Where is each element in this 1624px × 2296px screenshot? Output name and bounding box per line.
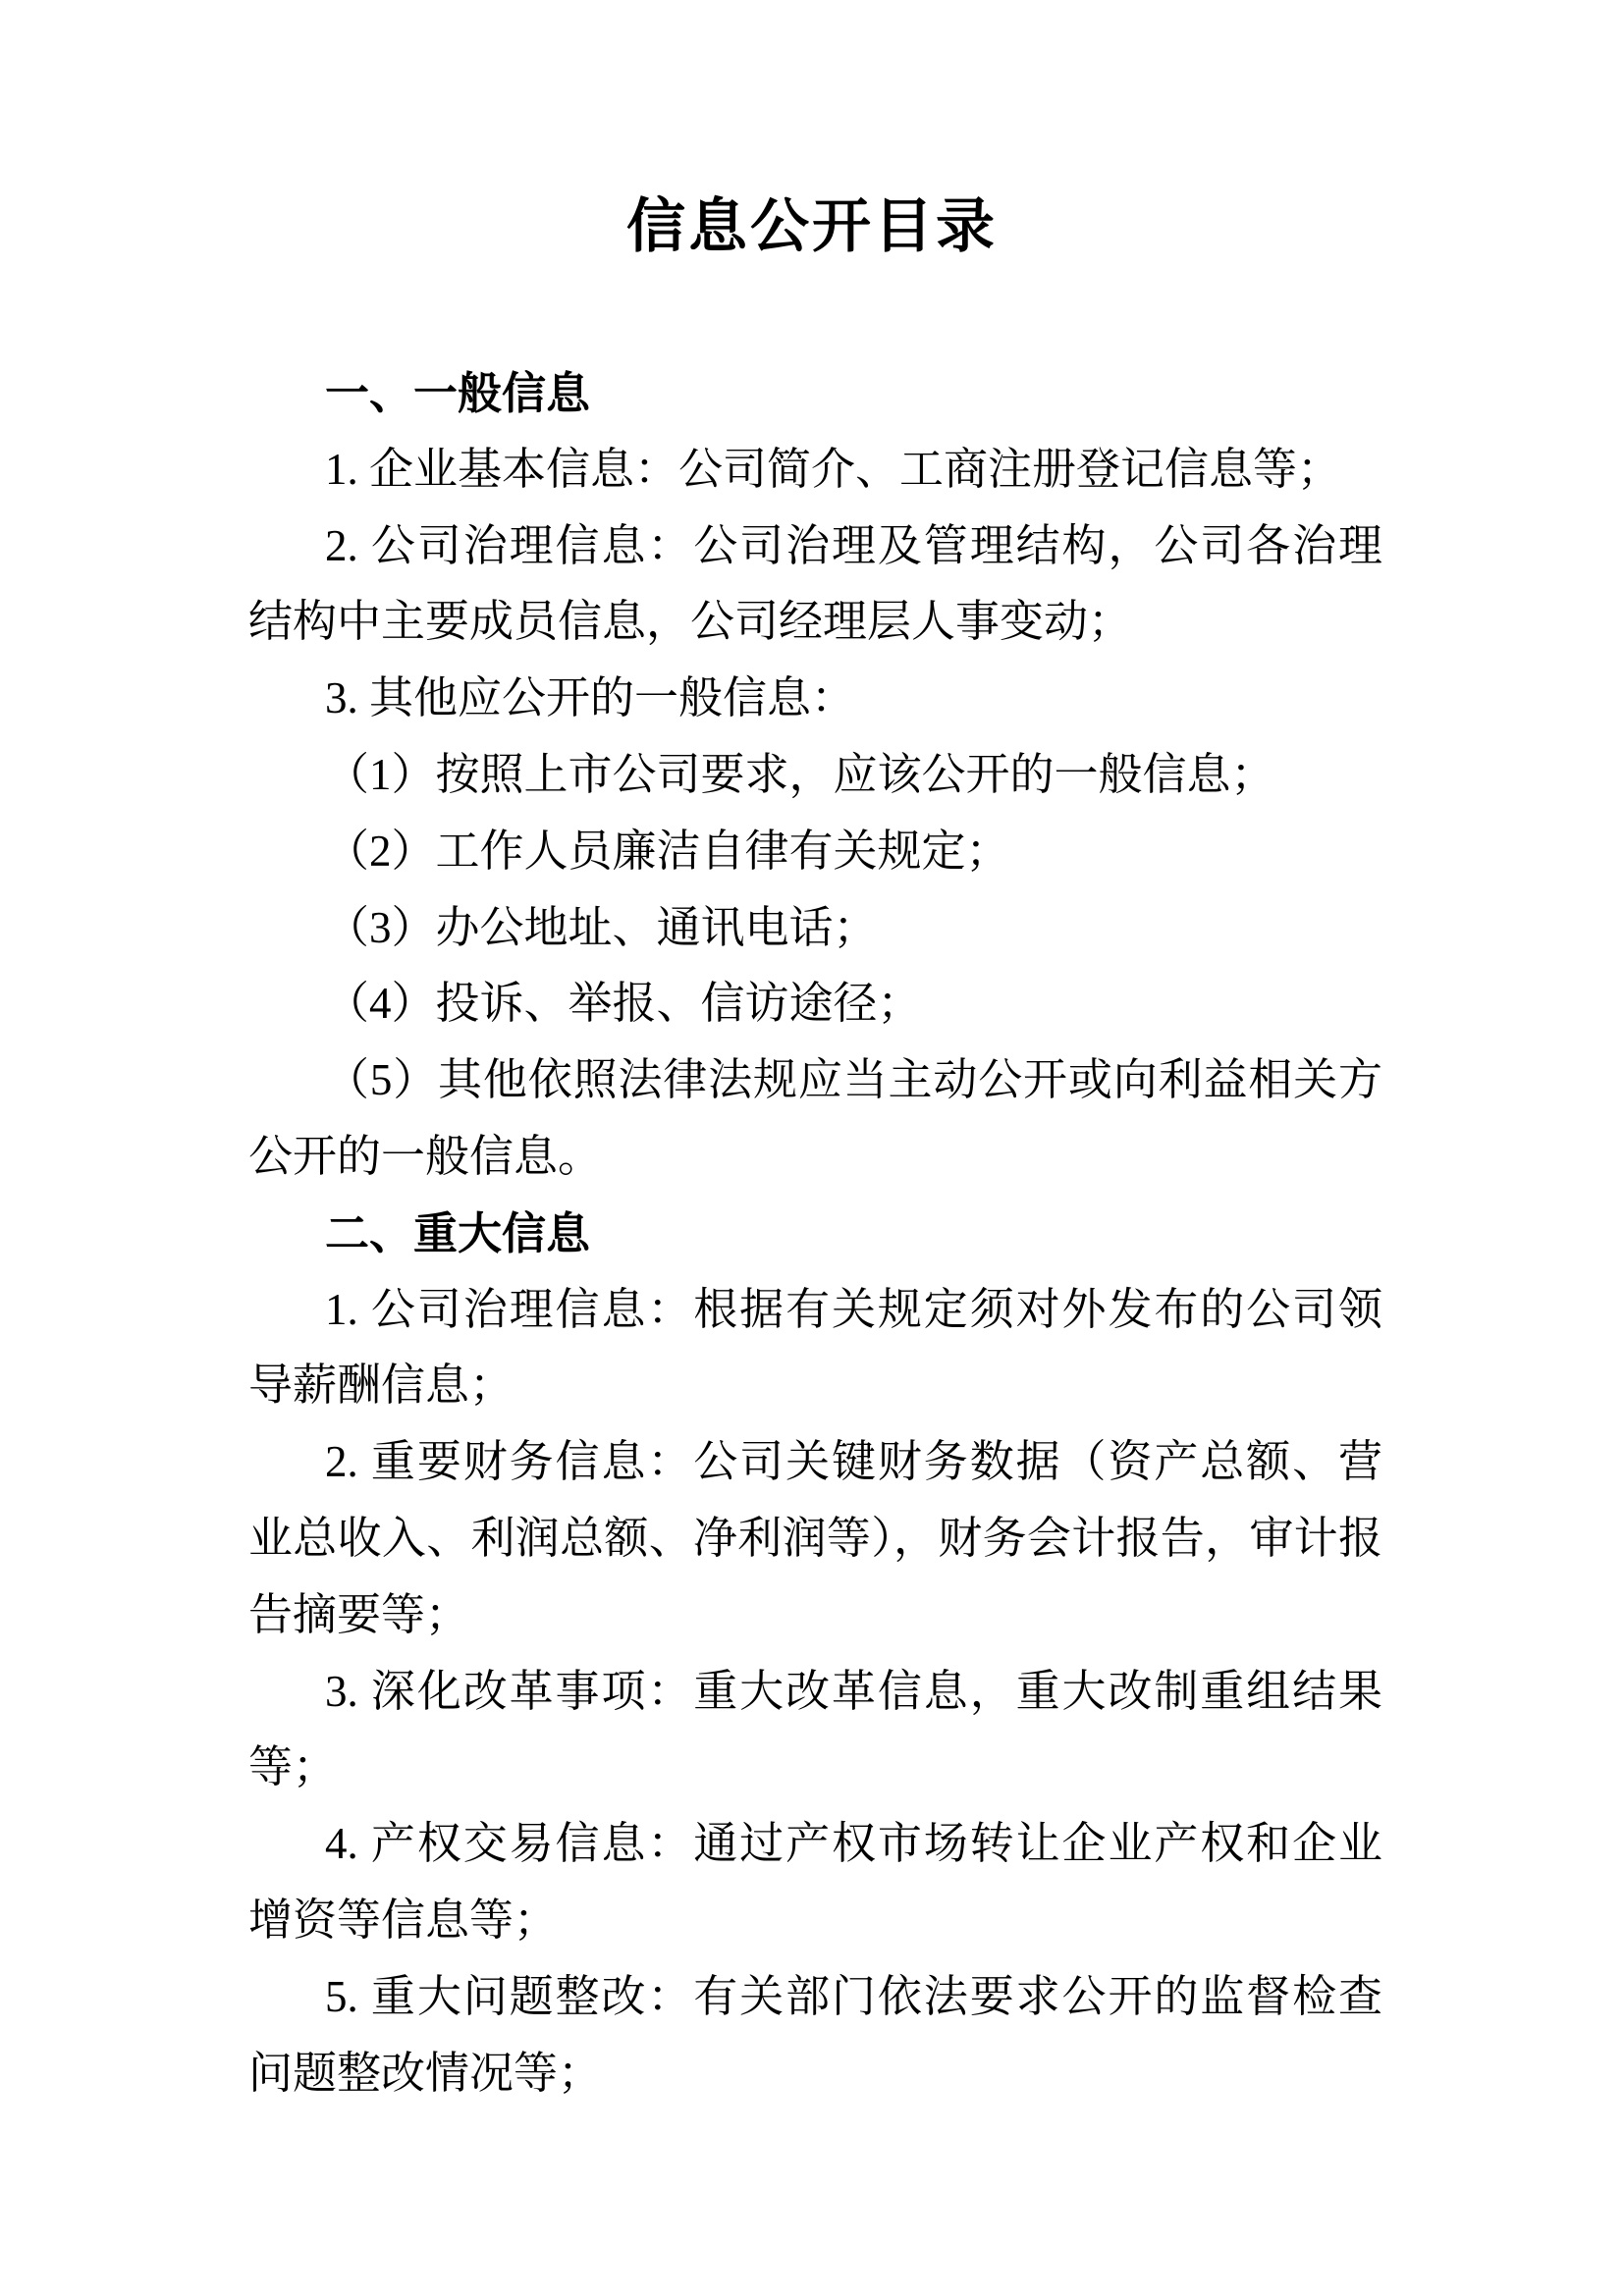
paragraph: 2. 公司治理信息：公司治理及管理结构，公司各治理结构中主要成员信息，公司经理层… <box>248 508 1382 662</box>
paragraph: 3. 其他应公开的一般信息： <box>248 661 1382 737</box>
document-body: 一、一般信息1. 企业基本信息：公司简介、工商注册登记信息等；2. 公司治理信息… <box>248 355 1382 2111</box>
paragraph: （4）投诉、举报、信访途径； <box>248 966 1382 1042</box>
paragraph: 5. 重大问题整改：有关部门依法要求公开的监督检查问题整改情况等； <box>248 1959 1382 2112</box>
paragraph: （3）办公地址、通讯电话； <box>248 890 1382 967</box>
paragraph: 1. 公司治理信息：根据有关规定须对外发布的公司领导薪酬信息； <box>248 1272 1382 1425</box>
paragraph: （5）其他依照法律法规应当主动公开或向利益相关方公开的一般信息。 <box>248 1042 1382 1196</box>
document-title: 信息公开目录 <box>0 185 1624 269</box>
document-page: 信息公开目录 一、一般信息1. 企业基本信息：公司简介、工商注册登记信息等；2.… <box>0 0 1624 2296</box>
paragraph: 2. 重要财务信息：公司关键财务数据（资产总额、营业总收入、利润总额、净利润等）… <box>248 1424 1382 1653</box>
paragraph: （1）按照上市公司要求，应该公开的一般信息； <box>248 737 1382 814</box>
section-heading: 一、一般信息 <box>248 355 1382 432</box>
paragraph: 1. 企业基本信息：公司简介、工商注册登记信息等； <box>248 432 1382 508</box>
paragraph: （2）工作人员廉洁自律有关规定； <box>248 814 1382 890</box>
paragraph: 4. 产权交易信息：通过产权市场转让企业产权和企业增资等信息等； <box>248 1806 1382 1959</box>
section-heading: 二、重大信息 <box>248 1196 1382 1272</box>
paragraph: 3. 深化改革事项：重大改革信息，重大改制重组结果等； <box>248 1654 1382 1807</box>
